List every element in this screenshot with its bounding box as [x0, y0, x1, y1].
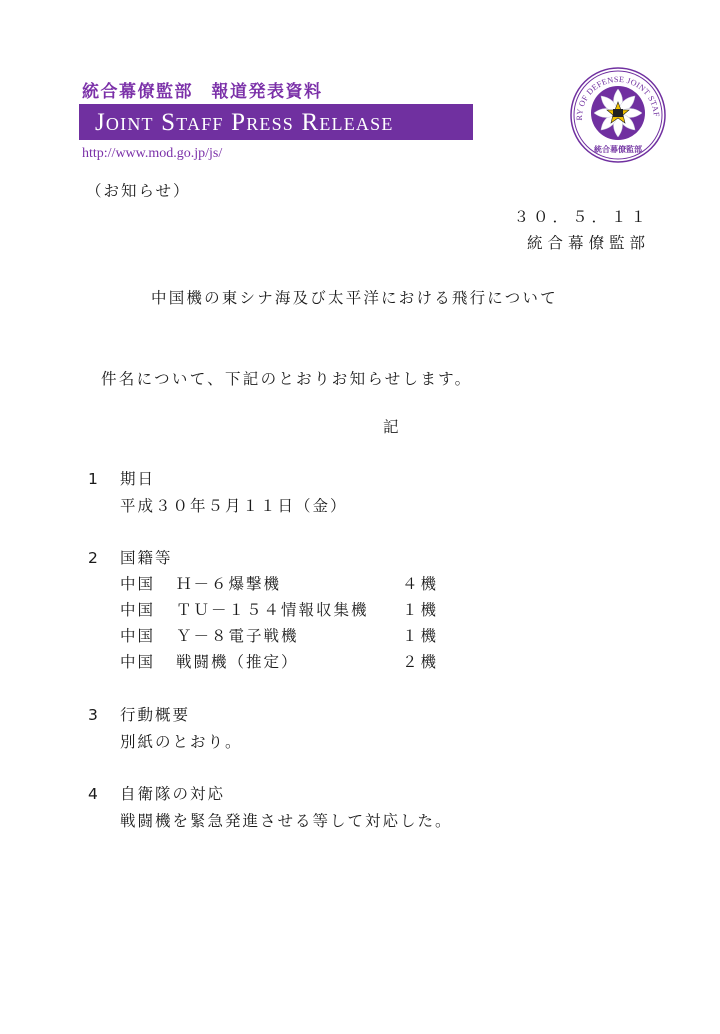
row-count: ２機 [402, 655, 439, 671]
row-aircraft: ＴＵ－１５４情報収集機 [176, 603, 369, 619]
section-1-heading: 期日 [120, 472, 155, 488]
row-country: 中国 [120, 629, 155, 645]
section-2-number: 2 [88, 551, 100, 567]
row-country: 中国 [120, 603, 155, 619]
press-release-banner: Joint Staff Press Release [79, 104, 473, 140]
row-count: １機 [402, 603, 439, 619]
row-country: 中国 [120, 577, 155, 593]
row-aircraft: 戦闘機（推定） [176, 655, 299, 671]
joint-staff-emblem-icon: MINISTRY OF DEFENSE JOINT STAFF JAPAN 統合… [569, 66, 667, 164]
banner-title: Joint Staff Press Release [95, 110, 394, 135]
section-3-heading: 行動概要 [120, 708, 190, 724]
section-4-heading: 自衛隊の対応 [120, 787, 225, 803]
website-url-link[interactable]: http://www.mod.go.jp/js/ [82, 146, 222, 162]
notice-label: （お知らせ） [86, 184, 191, 200]
issuer-name: 統合幕僚監部 [527, 236, 650, 252]
press-release-jp-title: 統合幕僚監部 報道発表資料 [82, 77, 323, 102]
row-count: １機 [402, 629, 439, 645]
section-1-body: 平成３０年５月１１日（金） [120, 499, 348, 515]
section-1-number: 1 [88, 472, 100, 488]
ki-marker: 記 [383, 420, 401, 436]
section-4-body: 戦闘機を緊急発進させる等して対応した。 [120, 814, 453, 830]
row-aircraft: Ｈ－６爆撃機 [176, 577, 281, 593]
intro-text: 件名について、下記のとおりお知らせします。 [101, 372, 472, 388]
release-date: ３０．５．１１ [513, 210, 650, 226]
section-2-heading: 国籍等 [120, 551, 173, 567]
row-aircraft: Ｙ－８電子戦機 [176, 629, 299, 645]
section-4-number: 4 [88, 787, 100, 803]
document-title: 中国機の東シナ海及び太平洋における飛行について [151, 291, 558, 307]
section-3-body: 別紙のとおり。 [120, 735, 243, 751]
row-count: ４機 [402, 577, 439, 593]
section-3-number: 3 [88, 708, 100, 724]
svg-text:統合幕僚監部: 統合幕僚監部 [593, 144, 642, 154]
row-country: 中国 [120, 655, 155, 671]
